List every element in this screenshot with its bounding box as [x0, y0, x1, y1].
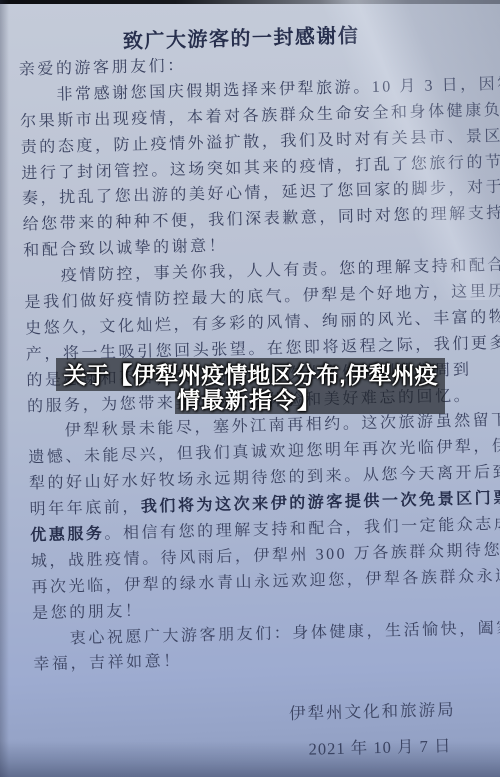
- caption-line-2: 情最新指令】: [177, 388, 321, 413]
- paper-shadow-bottom: [0, 741, 500, 777]
- paper-shadow-left: [0, 0, 9, 777]
- letter-signature: 伊犁州文化和旅游局: [289, 696, 456, 724]
- caption-line-1: 关于【伊犁州疫情地区分布,伊犁州疫: [56, 360, 445, 390]
- letter-photo: 致广大游客的一封感谢信 亲爱的游客朋友们：非常感谢您国庆假期选择来伊犁旅游。10…: [0, 0, 500, 777]
- paper-crease: [310, 0, 500, 300]
